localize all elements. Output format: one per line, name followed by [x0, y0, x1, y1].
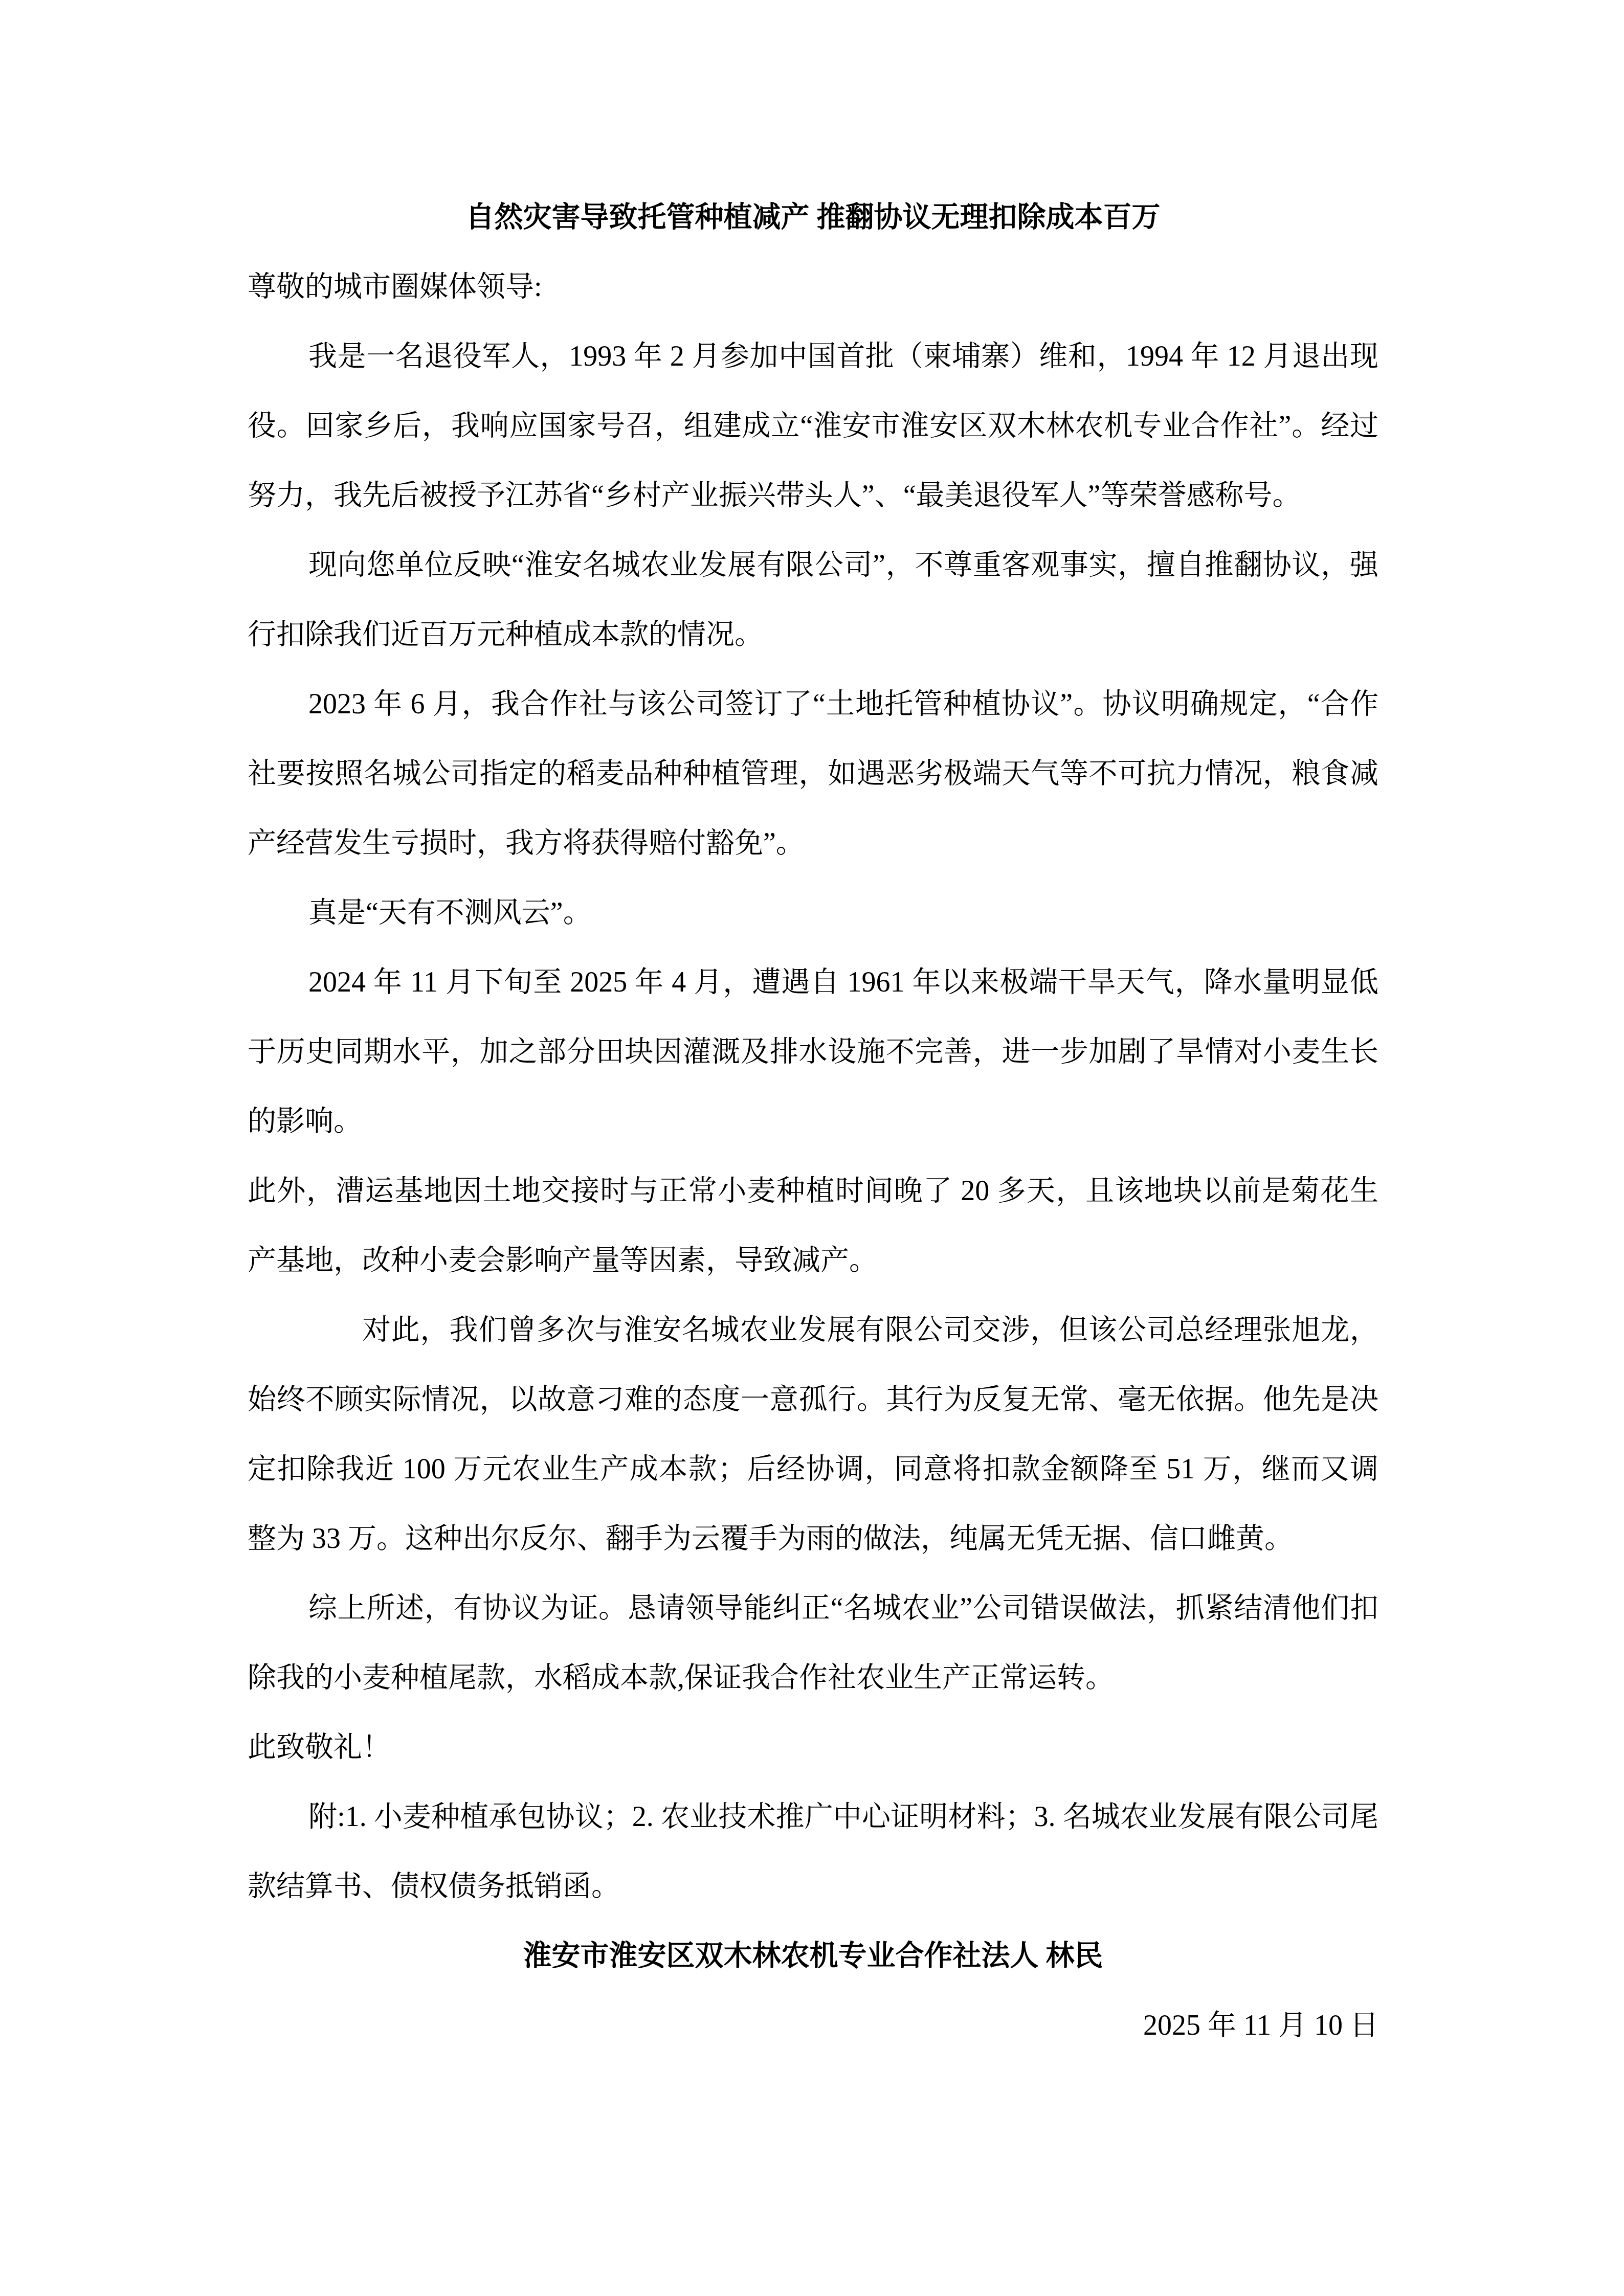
- paragraph-intro-veteran: 我是一名退役军人，1993 年 2 月参加中国首批（柬埔寨）维和，1994 年 …: [248, 322, 1378, 530]
- salutation: 尊敬的城市圈媒体领导:: [248, 252, 1378, 322]
- paragraph-caoyun-base: 此外，漕运基地因土地交接时与正常小麦种植时间晚了 20 多天，且该地块以前是菊花…: [248, 1156, 1378, 1295]
- paragraph-negotiations: 对此，我们曾多次与淮安名城农业发展有限公司交涉，但该公司总经理张旭龙，始终不顾实…: [248, 1295, 1378, 1573]
- paragraph-request: 综上所述，有协议为证。恳请领导能纠正“名城农业”公司错误做法，抓紧结清他们扣除我…: [248, 1573, 1378, 1713]
- document-page: 自然灾害导致托管种植减产 推翻协议无理扣除成本百万 尊敬的城市圈媒体领导: 我是…: [0, 0, 1624, 2296]
- attachments-list: 附:1. 小麦种植承包协议；2. 农业技术推广中心证明材料；3. 名城农业发展有…: [248, 1782, 1378, 1921]
- date: 2025 年 11 月 10 日: [248, 1991, 1378, 2060]
- signature: 淮安市淮安区双木林农机专业合作社法人 林民: [248, 1921, 1378, 1991]
- closing-salute: 此致敬礼！: [248, 1713, 1378, 1782]
- paragraph-complaint-summary: 现向您单位反映“淮安名城农业发展有限公司”，不尊重客观事实，擅自推翻协议，强行扣…: [248, 530, 1378, 669]
- document-content: 自然灾害导致托管种植减产 推翻协议无理扣除成本百万 尊敬的城市圈媒体领导: 我是…: [248, 183, 1378, 2060]
- paragraph-agreement-2023: 2023 年 6 月，我合作社与该公司签订了“土地托管种植协议”。协议明确规定，…: [248, 669, 1378, 878]
- paragraph-drought-2024: 2024 年 11 月下旬至 2025 年 4 月，遭遇自 1961 年以来极端…: [248, 948, 1378, 1156]
- paragraph-weather-remark: 真是“天有不测风云”。: [248, 878, 1378, 948]
- document-title: 自然灾害导致托管种植减产 推翻协议无理扣除成本百万: [248, 183, 1378, 252]
